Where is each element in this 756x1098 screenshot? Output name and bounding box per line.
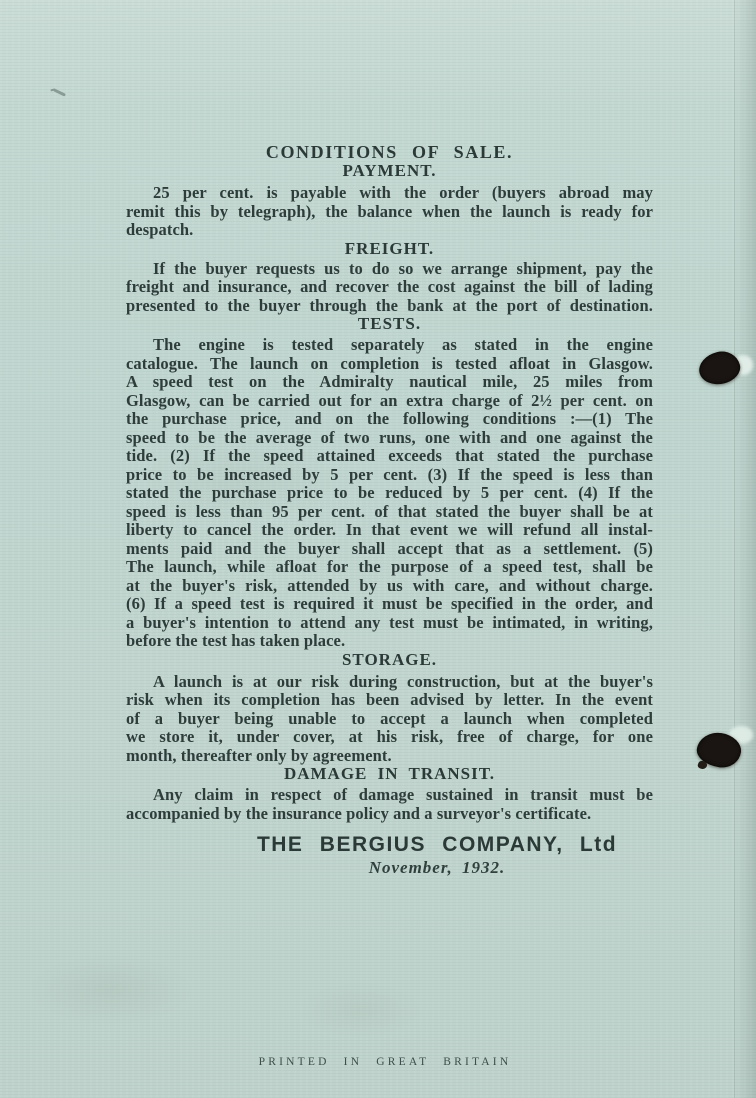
text-line: freight and insurance, and recover the c… bbox=[126, 278, 653, 297]
signature-company-name: THE BERGIUS COMPANY, Ltd bbox=[126, 833, 653, 857]
text-line: A speed test on the Admiralty nautical m… bbox=[126, 373, 653, 392]
section-heading-tests: TESTS. bbox=[126, 315, 653, 333]
text-line: before the test has taken place. bbox=[126, 632, 653, 651]
text-line: Any claim in respect of damage sustained… bbox=[126, 786, 653, 805]
text-line: stated the purchase price to be reduced … bbox=[126, 484, 653, 503]
text-line: a buyer's intention to attend any test m… bbox=[126, 614, 653, 633]
text-line: remit this by telegraph), the balance wh… bbox=[126, 203, 653, 222]
text-line: we store it, under cover, at his risk, f… bbox=[126, 728, 653, 747]
text-line: the purchase price, and on the following… bbox=[126, 410, 653, 429]
text-line: despatch. bbox=[126, 221, 653, 240]
section-heading-storage: STORAGE. bbox=[126, 651, 653, 669]
text-line: ments paid and the buyer shall accept th… bbox=[126, 540, 653, 559]
text-column: CONDITIONS OF SALE. PAYMENT. 25 per cent… bbox=[126, 142, 653, 877]
text-line: 25 per cent. is payable with the order (… bbox=[126, 184, 653, 203]
text-line: The launch, while afloat for the purpose… bbox=[126, 558, 653, 577]
text-line: accompanied by the insurance policy and … bbox=[126, 805, 653, 824]
text-line: speed to be the average of two runs, one… bbox=[126, 429, 653, 448]
section-paragraph-damage-in-transit: Any claim in respect of damage sustained… bbox=[126, 786, 653, 823]
ink-blot-top bbox=[696, 348, 744, 389]
section-paragraph-payment: 25 per cent. is payable with the order (… bbox=[126, 184, 653, 240]
section-heading-damage-in-transit: DAMAGE IN TRANSIT. bbox=[126, 765, 653, 783]
text-line: (6) If a speed test is required it must … bbox=[126, 595, 653, 614]
text-line: If the buyer requests us to do so we arr… bbox=[126, 260, 653, 279]
text-line: of a buyer being unable to accept a laun… bbox=[126, 710, 653, 729]
text-line: Glasgow, can be carried out for an extra… bbox=[126, 392, 653, 411]
section-heading-payment: PAYMENT. bbox=[126, 162, 653, 180]
document-page: CONDITIONS OF SALE. PAYMENT. 25 per cent… bbox=[0, 0, 756, 1098]
text-line: speed is less than 95 per cent. of that … bbox=[126, 503, 653, 522]
page-title: CONDITIONS OF SALE. bbox=[126, 142, 653, 162]
text-line: liberty to cancel the order. In that eve… bbox=[126, 521, 653, 540]
vertical-crease bbox=[734, 0, 735, 1098]
signature-date: November, 1932. bbox=[126, 859, 653, 877]
text-line: catalogue. The launch on completion is t… bbox=[126, 355, 653, 374]
text-line: at the buyer's risk, attended by us with… bbox=[126, 577, 653, 596]
section-paragraph-storage: A launch is at our risk during construct… bbox=[126, 673, 653, 766]
text-line: month, thereafter only by agreement. bbox=[126, 747, 653, 766]
section-paragraph-freight: If the buyer requests us to do so we arr… bbox=[126, 260, 653, 316]
section-paragraph-tests: The engine is tested separately as state… bbox=[126, 336, 653, 651]
right-edge-shadow bbox=[734, 0, 756, 1098]
section-heading-freight: FREIGHT. bbox=[126, 240, 653, 258]
text-line: The engine is tested separately as state… bbox=[126, 336, 653, 355]
text-line: presented to the buyer through the bank … bbox=[126, 297, 653, 316]
pencil-tick-mark bbox=[53, 88, 66, 96]
text-line: price to be increased by 5 per cent. (3)… bbox=[126, 466, 653, 485]
text-line: A launch is at our risk during construct… bbox=[126, 673, 653, 692]
text-line: tide. (2) If the speed attained exceeds … bbox=[126, 447, 653, 466]
printers-imprint: PRINTED IN GREAT BRITAIN bbox=[0, 1056, 756, 1068]
text-line: risk when its completion has been advise… bbox=[126, 691, 653, 710]
